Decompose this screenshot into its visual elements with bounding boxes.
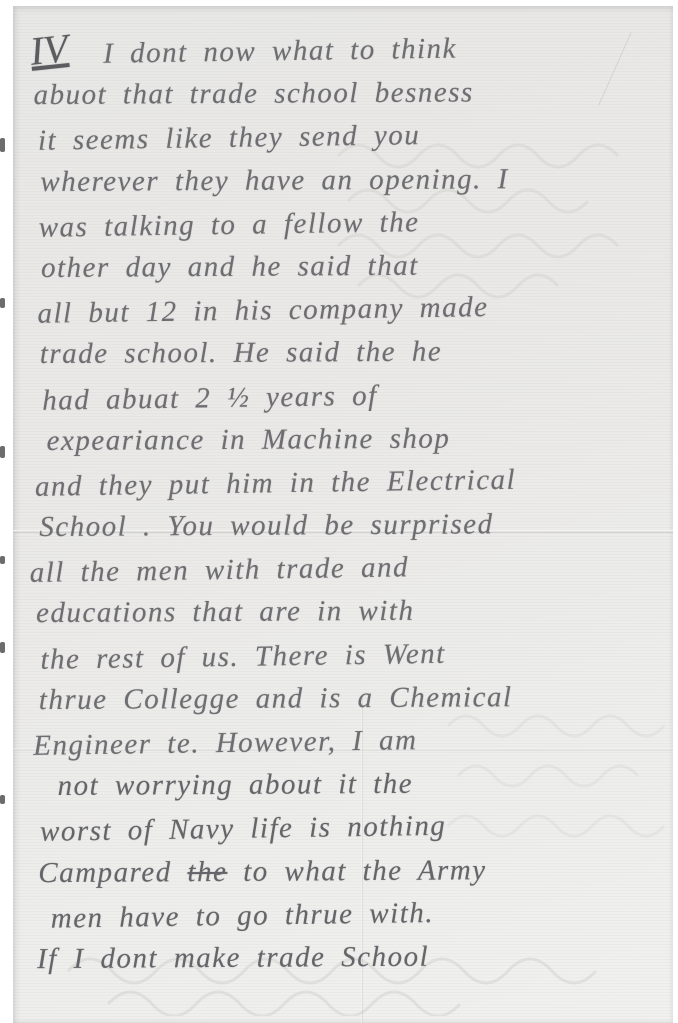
handwriting-text: If I dont make trade School [37,941,429,975]
handwriting-line: thrue Collegge and is a Chemical [29,675,673,722]
handwriting-text: the rest of us. There is Went [40,637,446,675]
handwriting-line: all but 12 in his company made [25,283,673,336]
handwriting-line: not worrying about it the [29,761,673,808]
handwriting-text: men have to go thrue with. [51,897,435,935]
scanned-letter: IV I dont now what to thinkabuot that tr… [0,0,678,1023]
letter-page: IV I dont now what to thinkabuot that tr… [13,6,673,1023]
handwriting-line: was talking to a fellow the [24,197,673,250]
scan-edge-mark [0,642,5,653]
handwriting-line: men have to go thrue with. [30,888,673,941]
handwriting-text: trade school. He said the he [40,336,443,370]
handwriting-text: all the men with trade and [29,552,409,590]
handwriting-text: thrue Collegge and is a Chemical [39,681,513,716]
handwriting-line: trade school. He said the he [26,329,673,376]
handwriting-text: and they put him in the Electrical [35,464,517,503]
handwriting-lines: I dont now what to thinkabuot that trade… [23,26,673,982]
handwriting-text: wherever they have an opening. I [40,163,509,198]
scan-edge-mark [0,556,5,564]
handwriting-text: educations that are in with [36,595,415,629]
scan-edge-mark [0,138,5,152]
handwriting-line: wherever they have an opening. I [24,157,672,204]
handwriting-text: other day and he said that [41,250,419,284]
struck-word: the [187,855,227,887]
scan-edge-mark [0,795,5,804]
handwriting-line: all the men with trade and [27,543,673,596]
handwriting-text: was talking to a fellow the [38,206,419,244]
handwriting-text: expeariance in Machine shop [46,422,450,456]
handwriting-line: and they put him in the Electrical [27,456,673,509]
handwriting-line: Campared the to what the Army [30,848,673,895]
handwriting-text: abuot that trade school besness [33,77,473,112]
handwriting-text: it seems like they send you [38,119,421,157]
handwriting-text: had abuat 2 ½ years of [42,379,378,416]
handwriting-text: worst of Navy life is nothing [40,810,447,848]
handwriting-line: it seems like they send you [24,111,673,164]
handwriting-text: Engineer te. However, I am [33,724,418,762]
handwriting-line: abuot that trade school besness [23,70,671,117]
handwriting-text: all but 12 in his company made [37,291,489,330]
handwriting-text: I dont now what to think [103,33,457,70]
handwriting-line: the rest of us. There is Went [28,629,673,682]
handwriting-line: educations that are in with [28,589,673,636]
handwriting-line: worst of Navy life is nothing [30,802,673,855]
handwriting-line: Engineer te. However, I am [29,715,673,768]
handwriting-text: School . You would be surprised [39,508,493,543]
handwriting-text: not worrying about it the [57,768,413,802]
scan-edge-mark [0,298,5,308]
handwriting-line: other day and he said that [25,243,673,290]
handwriting-text: Campared [38,856,187,889]
handwriting-line: If I dont make trade School [31,934,673,981]
handwriting-line: had abuat 2 ½ years of [26,370,673,423]
handwriting-line: School . You would be surprised [27,502,673,549]
handwriting-text: to what the Army [227,854,486,888]
handwriting-line: I dont now what to think [23,24,672,77]
scan-edge-mark [0,446,5,458]
handwriting-line: expeariance in Machine shop [26,416,673,463]
